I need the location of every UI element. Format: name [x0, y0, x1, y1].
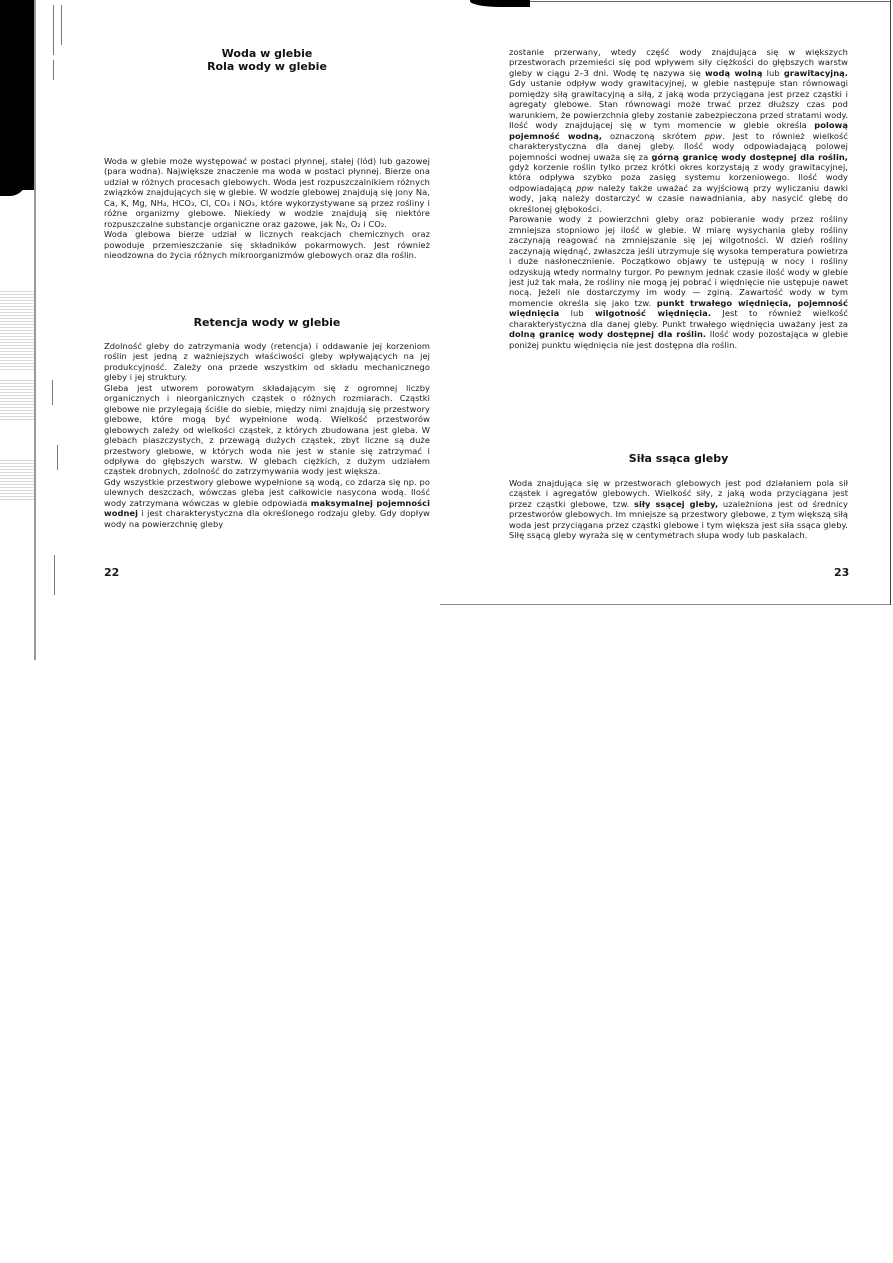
- retention-title: Retencja wody w glebie: [104, 316, 430, 329]
- scan-line: [52, 380, 53, 405]
- intro-text: Woda w glebie może występować w postaci …: [104, 156, 430, 261]
- paragraph: zostanie przerwany, wtedy część wody zna…: [509, 47, 848, 214]
- page-number-left: 22: [104, 566, 119, 579]
- paragraph: Woda glebowa bierze udział w licznych re…: [104, 229, 430, 260]
- scan-noise: [0, 290, 34, 370]
- chapter-title: Woda w glebie: [104, 47, 430, 60]
- paragraph: Woda w glebie może występować w postaci …: [104, 156, 430, 229]
- scan-noise: [0, 380, 34, 420]
- page-frame-right: [890, 0, 891, 605]
- scan-shadow-top: [470, 0, 530, 7]
- page-frame-bottom: [440, 604, 890, 605]
- paragraph: Gleba jest utworem porowatym składającym…: [104, 383, 430, 477]
- suction-text: Woda znajdująca się w przestworach glebo…: [509, 478, 848, 541]
- page-number-right: 23: [834, 566, 849, 579]
- scan-line: [53, 60, 54, 80]
- paragraph: Gdy wszystkie przestwory glebowe wypełni…: [104, 477, 430, 529]
- scan-shadow-left-curve: [0, 170, 30, 196]
- scan-line: [57, 445, 58, 470]
- scan-shadow-left: [0, 0, 34, 190]
- paragraph: Zdolność gleby do zatrzymania wody (rete…: [104, 341, 430, 383]
- page-frame-top: [530, 1, 890, 2]
- scan-noise: [0, 460, 34, 500]
- scan-line: [53, 5, 54, 55]
- paragraph: Parowanie wody z powierzchni gleby oraz …: [509, 214, 848, 350]
- section-title: Rola wody w glebie: [104, 60, 430, 73]
- scan-line: [61, 5, 62, 45]
- retention-text: Zdolność gleby do zatrzymania wody (rete…: [104, 341, 430, 529]
- right-text-main: zostanie przerwany, wtedy część wody zna…: [509, 47, 848, 350]
- suction-title: Siła ssąca gleby: [509, 452, 848, 465]
- scan-line: [54, 555, 55, 595]
- paragraph: Woda znajdująca się w przestworach glebo…: [509, 478, 848, 541]
- page-edge-left: [34, 0, 36, 660]
